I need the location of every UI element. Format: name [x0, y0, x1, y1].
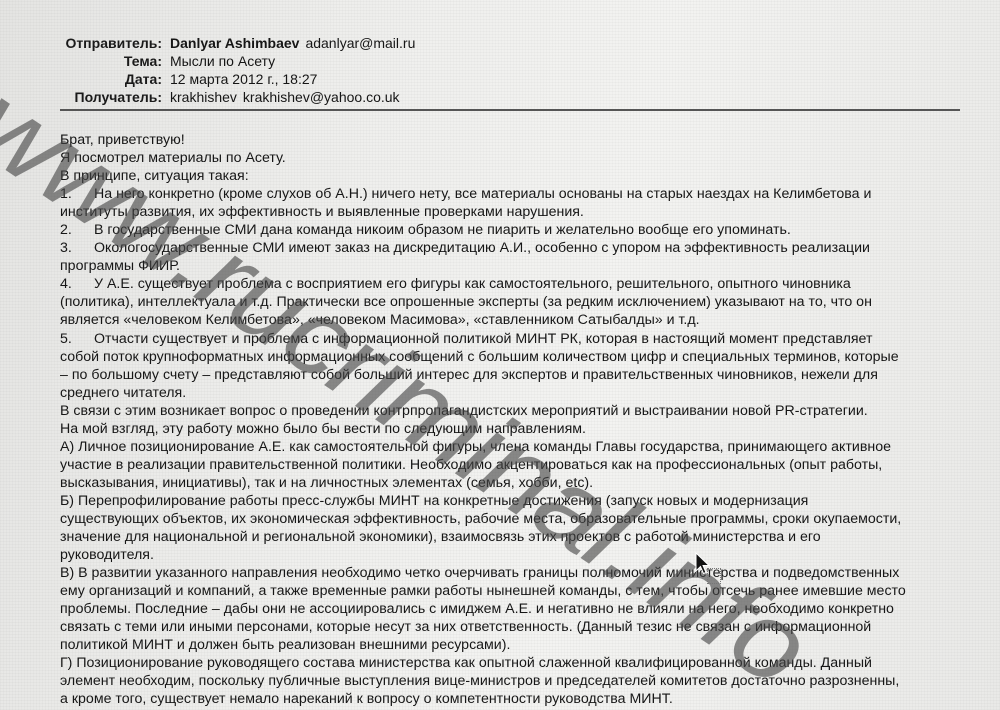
- body-line-text: высказывания, инициативы), так и на личн…: [60, 475, 593, 491]
- body-line-text: На мой взгляд, эту работу можно было бы …: [60, 421, 586, 437]
- email-header: Отправитель: Danlyar Ashimbaevadanlyar@m…: [60, 34, 415, 106]
- body-line-text: Б) Перепрофилирование работы пресс-служб…: [60, 493, 808, 509]
- body-line-text: проблемы. Последние – дабы они не ассоци…: [60, 601, 894, 617]
- body-line: (политика), интеллектуала и т.д. Практич…: [60, 293, 1000, 311]
- body-line-text: Я посмотрел материалы по Асету.: [60, 150, 286, 166]
- body-line: проблемы. Последние – дабы они не ассоци…: [60, 600, 1000, 618]
- body-line-text: У А.Е. существует проблема с восприятием…: [94, 276, 851, 292]
- body-line: а кроме того, существует немало нарекани…: [60, 690, 1000, 708]
- body-line-text: руководителя.: [60, 547, 154, 563]
- body-line: Г) Позиционирование руководящего состава…: [60, 654, 1000, 672]
- body-line: является «человеком Келимбетова», «челов…: [60, 311, 1000, 329]
- body-line: В связи с этим возникает вопрос о провед…: [60, 402, 1000, 420]
- recipient-email[interactable]: krakhishev@yahoo.co.uk: [243, 89, 400, 105]
- list-number: 1.: [60, 185, 94, 203]
- list-number: 2.: [60, 221, 94, 239]
- body-line: 5.Отчасти существует и проблема с информ…: [60, 330, 1000, 348]
- body-line: 2.В государственные СМИ дана команда ник…: [60, 221, 1000, 239]
- subject-value: Мысли по Асету: [170, 52, 275, 70]
- list-number: 5.: [60, 330, 94, 348]
- body-line-text: программы ФИИР.: [60, 258, 180, 274]
- body-line-text: На него конкретно (кроме слухов об А.Н.)…: [94, 186, 871, 202]
- body-line: В) В развитии указанного направления нео…: [60, 564, 1000, 582]
- body-line: 1.На него конкретно (кроме слухов об А.Н…: [60, 185, 1000, 203]
- body-line-text: А) Личное позиционирование А.Е. как само…: [60, 439, 891, 455]
- date-value: 12 марта 2012 г., 18:27: [170, 70, 317, 88]
- recipient-row: Получатель: krakhishevkrakhishev@yahoo.c…: [60, 88, 415, 106]
- body-line-text: В) В развитии указанного направления нео…: [60, 565, 899, 581]
- body-line: значение для национальной и региональной…: [60, 528, 1000, 546]
- body-line: программы ФИИР.: [60, 257, 1000, 275]
- body-line: руководителя.: [60, 546, 1000, 564]
- body-line-text: (политика), интеллектуала и т.д. Практич…: [60, 294, 872, 310]
- body-line: 4.У А.Е. существует проблема с восприяти…: [60, 275, 1000, 293]
- list-number: 3.: [60, 239, 94, 257]
- body-line: элемент необходим, поскольку публичные в…: [60, 672, 1000, 690]
- body-line: политикой МИНТ и должен быть реализован …: [60, 636, 1000, 654]
- body-line-text: политикой МИНТ и должен быть реализован …: [60, 637, 510, 653]
- body-line-text: участие в реализации правительственной п…: [60, 457, 882, 473]
- body-line-text: Г) Позиционирование руководящего состава…: [60, 655, 872, 671]
- recipient-label: Получатель:: [60, 88, 170, 106]
- body-line: 3.Окологосударственные СМИ имеют заказ н…: [60, 239, 1000, 257]
- body-line-text: Окологосударственные СМИ имеют заказ на …: [94, 240, 870, 256]
- body-line: среднего читателя.: [60, 384, 1000, 402]
- body-line: А) Личное позиционирование А.Е. как само…: [60, 438, 1000, 456]
- subject-label: Тема:: [60, 52, 170, 70]
- list-number: 4.: [60, 275, 94, 293]
- sender-email[interactable]: adanlyar@mail.ru: [305, 35, 415, 51]
- body-line: участие в реализации правительственной п…: [60, 456, 1000, 474]
- subject-row: Тема: Мысли по Асету: [60, 52, 415, 70]
- body-line-text: собой поток крупноформатных информационн…: [60, 349, 899, 365]
- body-line-text: Отчасти существует и проблема с информац…: [94, 331, 872, 347]
- sender-label: Отправитель:: [60, 34, 170, 52]
- body-line: – по большому счету – представляют собой…: [60, 366, 1000, 384]
- body-line-text: В связи с этим возникает вопрос о провед…: [60, 403, 868, 419]
- body-line-text: является «человеком Келимбетова», «челов…: [60, 312, 700, 328]
- body-line: На мой взгляд, эту работу можно было бы …: [60, 420, 1000, 438]
- body-line: Брат, приветствую!: [60, 131, 1000, 149]
- body-line: существующих объектов, их экономическая …: [60, 510, 1000, 528]
- body-line-text: связать с теми или иными персонами, кото…: [60, 619, 871, 635]
- header-divider: [60, 109, 960, 111]
- body-line: ему организаций и компаний, а также врем…: [60, 582, 1000, 600]
- body-line: связать с теми или иными персонами, кото…: [60, 618, 1000, 636]
- email-body: Брат, приветствую!Я посмотрел материалы …: [60, 131, 1000, 709]
- body-line-text: институты развития, их эффективность и в…: [60, 204, 584, 220]
- body-line: Я посмотрел материалы по Асету.: [60, 149, 1000, 167]
- body-line-text: В государственные СМИ дана команда никои…: [94, 222, 791, 238]
- body-line-text: элемент необходим, поскольку публичные в…: [60, 673, 899, 689]
- body-line-text: а кроме того, существует немало нарекани…: [60, 691, 673, 707]
- body-line: институты развития, их эффективность и в…: [60, 203, 1000, 221]
- body-line-text: Брат, приветствую!: [60, 132, 185, 148]
- body-line-text: – по большому счету – представляют собой…: [60, 367, 878, 383]
- body-line: Б) Перепрофилирование работы пресс-служб…: [60, 492, 1000, 510]
- body-line: В принципе, ситуация такая:: [60, 167, 1000, 185]
- body-line-text: значение для национальной и региональной…: [60, 529, 821, 545]
- body-line: собой поток крупноформатных информационн…: [60, 348, 1000, 366]
- body-line-text: существующих объектов, их экономическая …: [60, 511, 901, 527]
- recipient-name: krakhishev: [170, 89, 237, 105]
- body-line-text: среднего читателя.: [60, 385, 186, 401]
- body-line-text: В принципе, ситуация такая:: [60, 168, 249, 184]
- date-row: Дата: 12 марта 2012 г., 18:27: [60, 70, 415, 88]
- sender-row: Отправитель: Danlyar Ashimbaevadanlyar@m…: [60, 34, 415, 52]
- sender-name: Danlyar Ashimbaev: [170, 35, 299, 51]
- body-line: высказывания, инициативы), так и на личн…: [60, 474, 1000, 492]
- body-line-text: ему организаций и компаний, а также врем…: [60, 583, 906, 599]
- date-label: Дата:: [60, 70, 170, 88]
